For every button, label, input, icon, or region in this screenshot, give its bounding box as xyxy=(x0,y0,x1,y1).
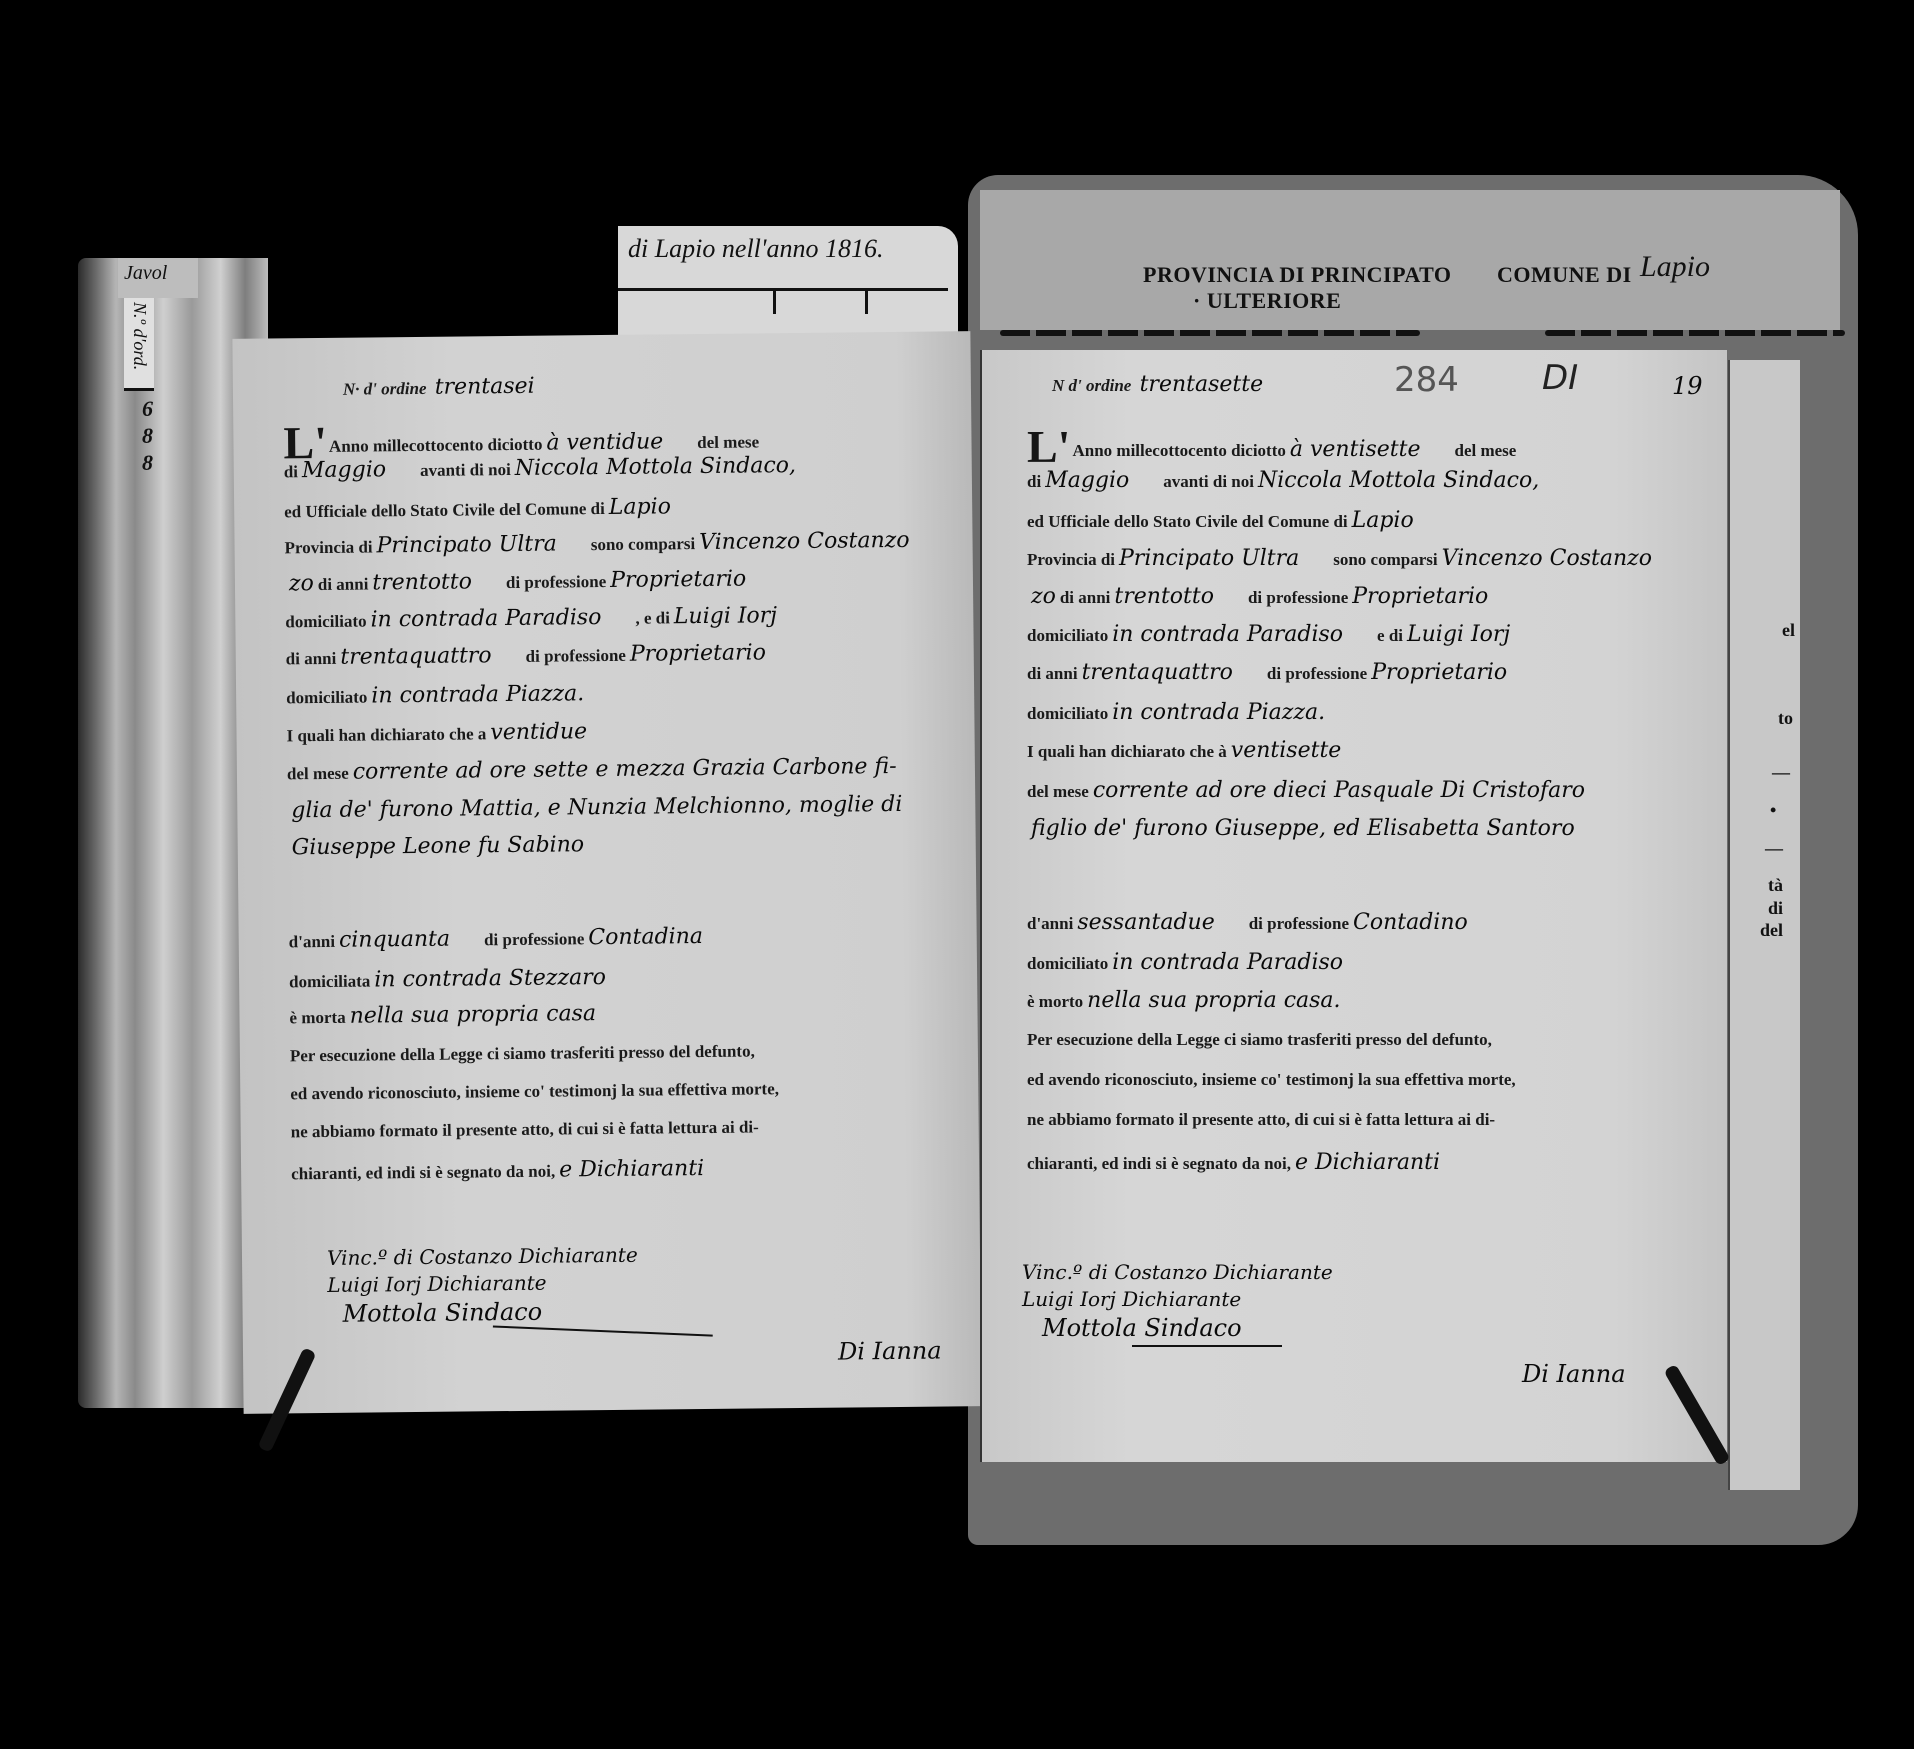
record-line: Provincia diPrincipato Ultrasono compars… xyxy=(1027,546,1656,571)
order-value: trentasei xyxy=(435,374,535,400)
spine-label-text: N.º d'ord. xyxy=(129,302,150,370)
printed-text: del mese xyxy=(1455,441,1517,460)
printed-text: domiciliato xyxy=(1027,704,1108,723)
handwritten-entry: Lapio xyxy=(609,494,671,520)
printed-text: sono comparsi xyxy=(591,534,696,554)
record-line: ne abbiamo formato il presente atto, di … xyxy=(1027,1110,1495,1130)
printed-text: ed avendo riconosciuto, insieme co' test… xyxy=(290,1079,779,1103)
handwritten-entry: ventisette xyxy=(1231,738,1342,763)
handwritten-entry: in contrada Stezzaro xyxy=(374,965,606,992)
handwritten-entry: Principato Ultra xyxy=(376,532,556,559)
record-line: ed Ufficiale dello Stato Civile del Comu… xyxy=(1027,508,1418,533)
declarant-signature: Vinc.º di Costanzo Dichiarante xyxy=(327,1243,638,1270)
printed-text: domiciliato xyxy=(286,688,367,708)
record-line: Per esecuzione della Legge ci siamo tras… xyxy=(1027,1030,1492,1050)
printed-text: del mese xyxy=(697,432,759,452)
record-line: Giuseppe Leone fu Sabino xyxy=(288,832,589,860)
ornament-rule xyxy=(1545,330,1845,336)
handwritten-entry: in contrada Piazza. xyxy=(1112,700,1325,725)
printed-text: Provincia di xyxy=(284,537,372,557)
record-line: glia de' furono Mattia, e Nunzia Melchio… xyxy=(287,792,906,823)
printed-text: I quali han dichiarato che a xyxy=(286,724,486,745)
printed-text: Anno millecottocento diciotto xyxy=(1072,441,1285,460)
printed-text: di xyxy=(1027,472,1041,491)
handwritten-entry: Niccola Mottola Sindaco, xyxy=(515,453,796,481)
handwritten-entry: zo xyxy=(289,571,314,596)
record-line: ne abbiamo formato il presente atto, di … xyxy=(291,1117,759,1142)
record-line: ed Ufficiale dello Stato Civile del Comu… xyxy=(284,494,675,523)
printed-text: di professione xyxy=(526,646,626,666)
declarant-signature: Luigi Iorj Dichiarante xyxy=(1022,1287,1241,1311)
record-line: è mortanella sua propria casa xyxy=(289,1001,600,1029)
printed-text: domiciliato xyxy=(1027,954,1108,973)
printed-text: sono comparsi xyxy=(1333,550,1437,569)
handwritten-entry: figlio de' furono Giuseppe, ed Elisabett… xyxy=(1031,816,1575,841)
top-strip-text: di Lapio nell'anno 1816. xyxy=(628,234,883,264)
record-line: del mesecorrente ad ore dieci Pasquale D… xyxy=(1027,778,1589,803)
left-page-death-record: N· d' ordine trentasei L'Anno millecotto… xyxy=(232,331,981,1414)
printed-text: I quali han dichiarato che à xyxy=(1027,742,1227,761)
printed-text: ed avendo riconosciuto, insieme co' test… xyxy=(1027,1070,1516,1089)
handwritten-entry: Vincenzo Costanzo xyxy=(699,528,910,555)
printed-text: e di xyxy=(1377,626,1403,645)
mayor-signature: Mottola Sindaco xyxy=(1042,1314,1242,1342)
record-line: chiaranti, ed indi si è segnato da noi,e… xyxy=(291,1156,708,1185)
spine-digit: 8 xyxy=(142,449,162,476)
printed-text: di anni xyxy=(286,649,337,669)
handwritten-entry: Proprietario xyxy=(1371,660,1507,685)
record-line: del mesecorrente ad ore sette e mezza Gr… xyxy=(287,754,901,785)
spine-tab: Javol xyxy=(118,258,198,298)
printed-text: Per esecuzione della Legge ci siamo tras… xyxy=(290,1041,755,1065)
handwritten-entry: Luigi Iorj xyxy=(674,603,777,629)
handwritten-entry: Luigi Iorj xyxy=(1407,622,1510,647)
pencil-initials: DI xyxy=(1542,358,1578,398)
spine-label: N.º d'ord. xyxy=(124,298,154,391)
handwritten-entry: Vincenzo Costanzo xyxy=(1442,546,1652,571)
handwritten-entry: in contrada Paradiso xyxy=(1112,622,1343,647)
printed-text: del mese xyxy=(1027,782,1089,801)
printed-text: di anni xyxy=(1060,588,1111,607)
page-fragment-text: • xyxy=(1770,800,1776,821)
handwritten-entry: in contrada Paradiso xyxy=(370,605,601,632)
printed-text: di anni xyxy=(1027,664,1078,683)
page-fragment-text: di xyxy=(1768,898,1783,919)
printed-text: Anno millecottocento diciotto xyxy=(329,435,543,456)
printed-text: di professione xyxy=(484,929,584,949)
record-line: zodi annitrentottodi professionePropriet… xyxy=(1027,584,1492,609)
record-line: ed avendo riconosciuto, insieme co' test… xyxy=(1027,1070,1516,1090)
printed-text: Per esecuzione della Legge ci siamo tras… xyxy=(1027,1030,1492,1049)
handwritten-entry: Proprietario xyxy=(630,640,766,666)
signature-flourish xyxy=(1132,1345,1282,1347)
order-number: N d' ordine trentasette xyxy=(1052,372,1267,397)
handwritten-entry: Contadina xyxy=(588,924,703,950)
record-line: domiciliatoin contrada Paradiso xyxy=(1027,950,1347,975)
handwritten-entry: corrente ad ore dieci Pasquale Di Cristo… xyxy=(1093,778,1585,803)
handwritten-entry: corrente ad ore sette e mezza Grazia Car… xyxy=(353,754,897,785)
record-line: Per esecuzione della Legge ci siamo tras… xyxy=(290,1041,755,1066)
handwritten-entry: Niccola Mottola Sindaco, xyxy=(1258,468,1539,493)
handwritten-entry: à ventisette xyxy=(1290,437,1421,462)
printed-text: avanti di noi xyxy=(420,460,511,480)
scanned-register: Javol N.º d'ord. 6 8 8 di Lapio nell'ann… xyxy=(0,0,1914,1749)
signature-flourish xyxy=(493,1325,713,1336)
divider xyxy=(618,288,948,291)
order-label: N d' ordine xyxy=(1052,376,1131,395)
printed-text: chiaranti, ed indi si è segnato da noi, xyxy=(291,1162,555,1184)
visa-signature: Di Ianna xyxy=(1522,1360,1626,1388)
handwritten-entry: nella sua propria casa xyxy=(350,1001,597,1029)
handwritten-entry: sessantadue xyxy=(1077,910,1214,935)
comune-label: COMUNE DI xyxy=(1497,262,1632,288)
page-fragment-text: — xyxy=(1765,838,1783,859)
printed-text: domiciliato xyxy=(1027,626,1108,645)
handwritten-entry: Maggio xyxy=(302,457,386,483)
record-line: figlio de' furono Giuseppe, ed Elisabett… xyxy=(1027,816,1579,841)
printed-text: ne abbiamo formato il presente atto, di … xyxy=(291,1117,759,1141)
page-fragment-text: el xyxy=(1782,620,1795,641)
record-line: zodi annitrentottodi professionePropriet… xyxy=(285,566,750,596)
handwritten-entry: e Dichiaranti xyxy=(1295,1150,1440,1175)
printed-text: domiciliata xyxy=(289,971,370,991)
province-title: PROVINCIA DI PRINCIPATO xyxy=(1143,262,1452,288)
ornament-rule xyxy=(1000,330,1420,336)
handwritten-entry: Lapio xyxy=(1352,508,1414,533)
page-fragment-text: del xyxy=(1760,920,1783,941)
page-fragment-text: to xyxy=(1778,708,1793,729)
record-line: domiciliatain contrada Stezzaro xyxy=(289,965,610,993)
record-line: I quali han dichiarato che aventidue xyxy=(286,719,591,747)
handwritten-entry: à ventidue xyxy=(546,429,663,455)
record-body: L'Anno millecottocento diciottoà ventidu… xyxy=(232,331,970,339)
printed-text: di anni xyxy=(318,574,369,594)
handwritten-entry: in contrada Paradiso xyxy=(1112,950,1343,975)
handwritten-entry: in contrada Piazza. xyxy=(371,681,584,708)
printed-text: chiaranti, ed indi si è segnato da noi, xyxy=(1027,1154,1291,1173)
printed-text: di professione xyxy=(1267,664,1367,683)
divider xyxy=(865,288,868,314)
order-label: N· d' ordine xyxy=(343,379,427,399)
record-line: chiaranti, ed indi si è segnato da noi,e… xyxy=(1027,1150,1444,1175)
record-line: d'annisessantaduedi professioneContadino xyxy=(1027,910,1472,935)
cover-header-area xyxy=(980,190,1840,330)
record-line: domiciliatoin contrada Piazza. xyxy=(286,681,588,709)
record-line: è mortonella sua propria casa. xyxy=(1027,988,1345,1013)
handwritten-entry: glia de' furono Mattia, e Nunzia Melchio… xyxy=(291,792,902,823)
pencil-archive-number: 284 xyxy=(1394,360,1459,400)
handwritten-entry: nella sua propria casa. xyxy=(1087,988,1340,1013)
handwritten-entry: ventidue xyxy=(490,719,587,745)
order-value: trentasette xyxy=(1140,372,1264,397)
printed-text: di professione xyxy=(506,572,606,592)
mayor-signature: Mottola Sindaco xyxy=(342,1298,542,1328)
drop-cap: L' xyxy=(1027,421,1070,472)
record-line: di annitrentaquattrodi professionePropri… xyxy=(1027,660,1511,685)
printed-text: d'anni xyxy=(1027,914,1073,933)
printed-text: di professione xyxy=(1248,588,1348,607)
record-line: diMaggioavanti di noiNiccola Mottola Sin… xyxy=(284,453,800,483)
record-line: domiciliatoin contrada Piazza. xyxy=(1027,700,1329,725)
printed-text: ed Ufficiale dello Stato Civile del Comu… xyxy=(1027,512,1348,531)
record-line: d'annicinquantadi professioneContadina xyxy=(289,924,707,953)
spine-digit: 6 xyxy=(142,395,162,422)
top-strip: di Lapio nell'anno 1816. xyxy=(618,226,958,336)
handwritten-entry: Proprietario xyxy=(1352,584,1488,609)
divider xyxy=(773,288,776,314)
visa-signature: Di Ianna xyxy=(838,1337,942,1366)
record-line: domiciliatoin contrada Paradiso, e diLui… xyxy=(285,603,781,633)
comune-name: Lapio xyxy=(1640,250,1710,284)
printed-text: avanti di noi xyxy=(1163,472,1254,491)
declarant-signature: Luigi Iorj Dichiarante xyxy=(327,1271,546,1297)
province-title-line2: · ULTERIORE xyxy=(1193,288,1341,314)
record-line: domiciliatoin contrada Paradisoe diLuigi… xyxy=(1027,622,1514,647)
record-line: L'Anno millecottocento diciottoà ventise… xyxy=(1027,420,1516,473)
printed-text: , e di xyxy=(635,608,670,627)
record-line: Provincia diPrincipato Ultrasono compars… xyxy=(284,528,913,560)
handwritten-entry: Giuseppe Leone fu Sabino xyxy=(292,832,585,860)
record-line: I quali han dichiarato che àventisette xyxy=(1027,738,1345,763)
record-line: diMaggioavanti di noiNiccola Mottola Sin… xyxy=(1027,468,1543,493)
handwritten-entry: e Dichiaranti xyxy=(559,1156,704,1183)
printed-text: di professione xyxy=(1249,914,1349,933)
printed-text: Provincia di xyxy=(1027,550,1115,569)
handwritten-entry: Principato Ultra xyxy=(1119,546,1299,571)
handwritten-entry: trentotto xyxy=(372,569,472,595)
spine-digit: 8 xyxy=(142,422,162,449)
printed-text: domiciliato xyxy=(285,612,366,632)
printed-text: ed Ufficiale dello Stato Civile del Comu… xyxy=(284,499,605,521)
printed-text: ne abbiamo formato il presente atto, di … xyxy=(1027,1110,1495,1129)
spine-digits: 6 8 8 xyxy=(142,395,162,476)
printed-text: è morto xyxy=(1027,992,1083,1011)
order-number: N· d' ordine trentasei xyxy=(343,374,539,401)
record-line: ed avendo riconosciuto, insieme co' test… xyxy=(290,1079,779,1104)
right-page-death-record: N d' ordine trentasette 284 DI 19 L'Anno… xyxy=(980,350,1727,1462)
handwritten-entry: trentaquattro xyxy=(1082,660,1233,685)
page-fragment-text: — xyxy=(1772,762,1790,783)
record-line: di annitrentaquattrodi professionePropri… xyxy=(286,640,770,670)
handwritten-entry: Maggio xyxy=(1045,468,1129,493)
handwritten-entry: zo xyxy=(1031,584,1056,609)
printed-text: del mese xyxy=(287,764,349,784)
handwritten-entry: trentotto xyxy=(1114,584,1214,609)
printed-text: è morta xyxy=(289,1008,345,1028)
handwritten-entry: Contadino xyxy=(1353,910,1468,935)
printed-text: d'anni xyxy=(289,932,336,951)
page-number: 19 xyxy=(1672,372,1703,400)
handwritten-entry: Proprietario xyxy=(610,567,746,593)
declarant-signature: Vinc.º di Costanzo Dichiarante xyxy=(1022,1260,1333,1284)
printed-text: di xyxy=(284,462,298,481)
handwritten-entry: cinquanta xyxy=(339,927,450,953)
page-fragment-text: tà xyxy=(1768,875,1783,896)
handwritten-entry: trentaquattro xyxy=(340,643,492,670)
